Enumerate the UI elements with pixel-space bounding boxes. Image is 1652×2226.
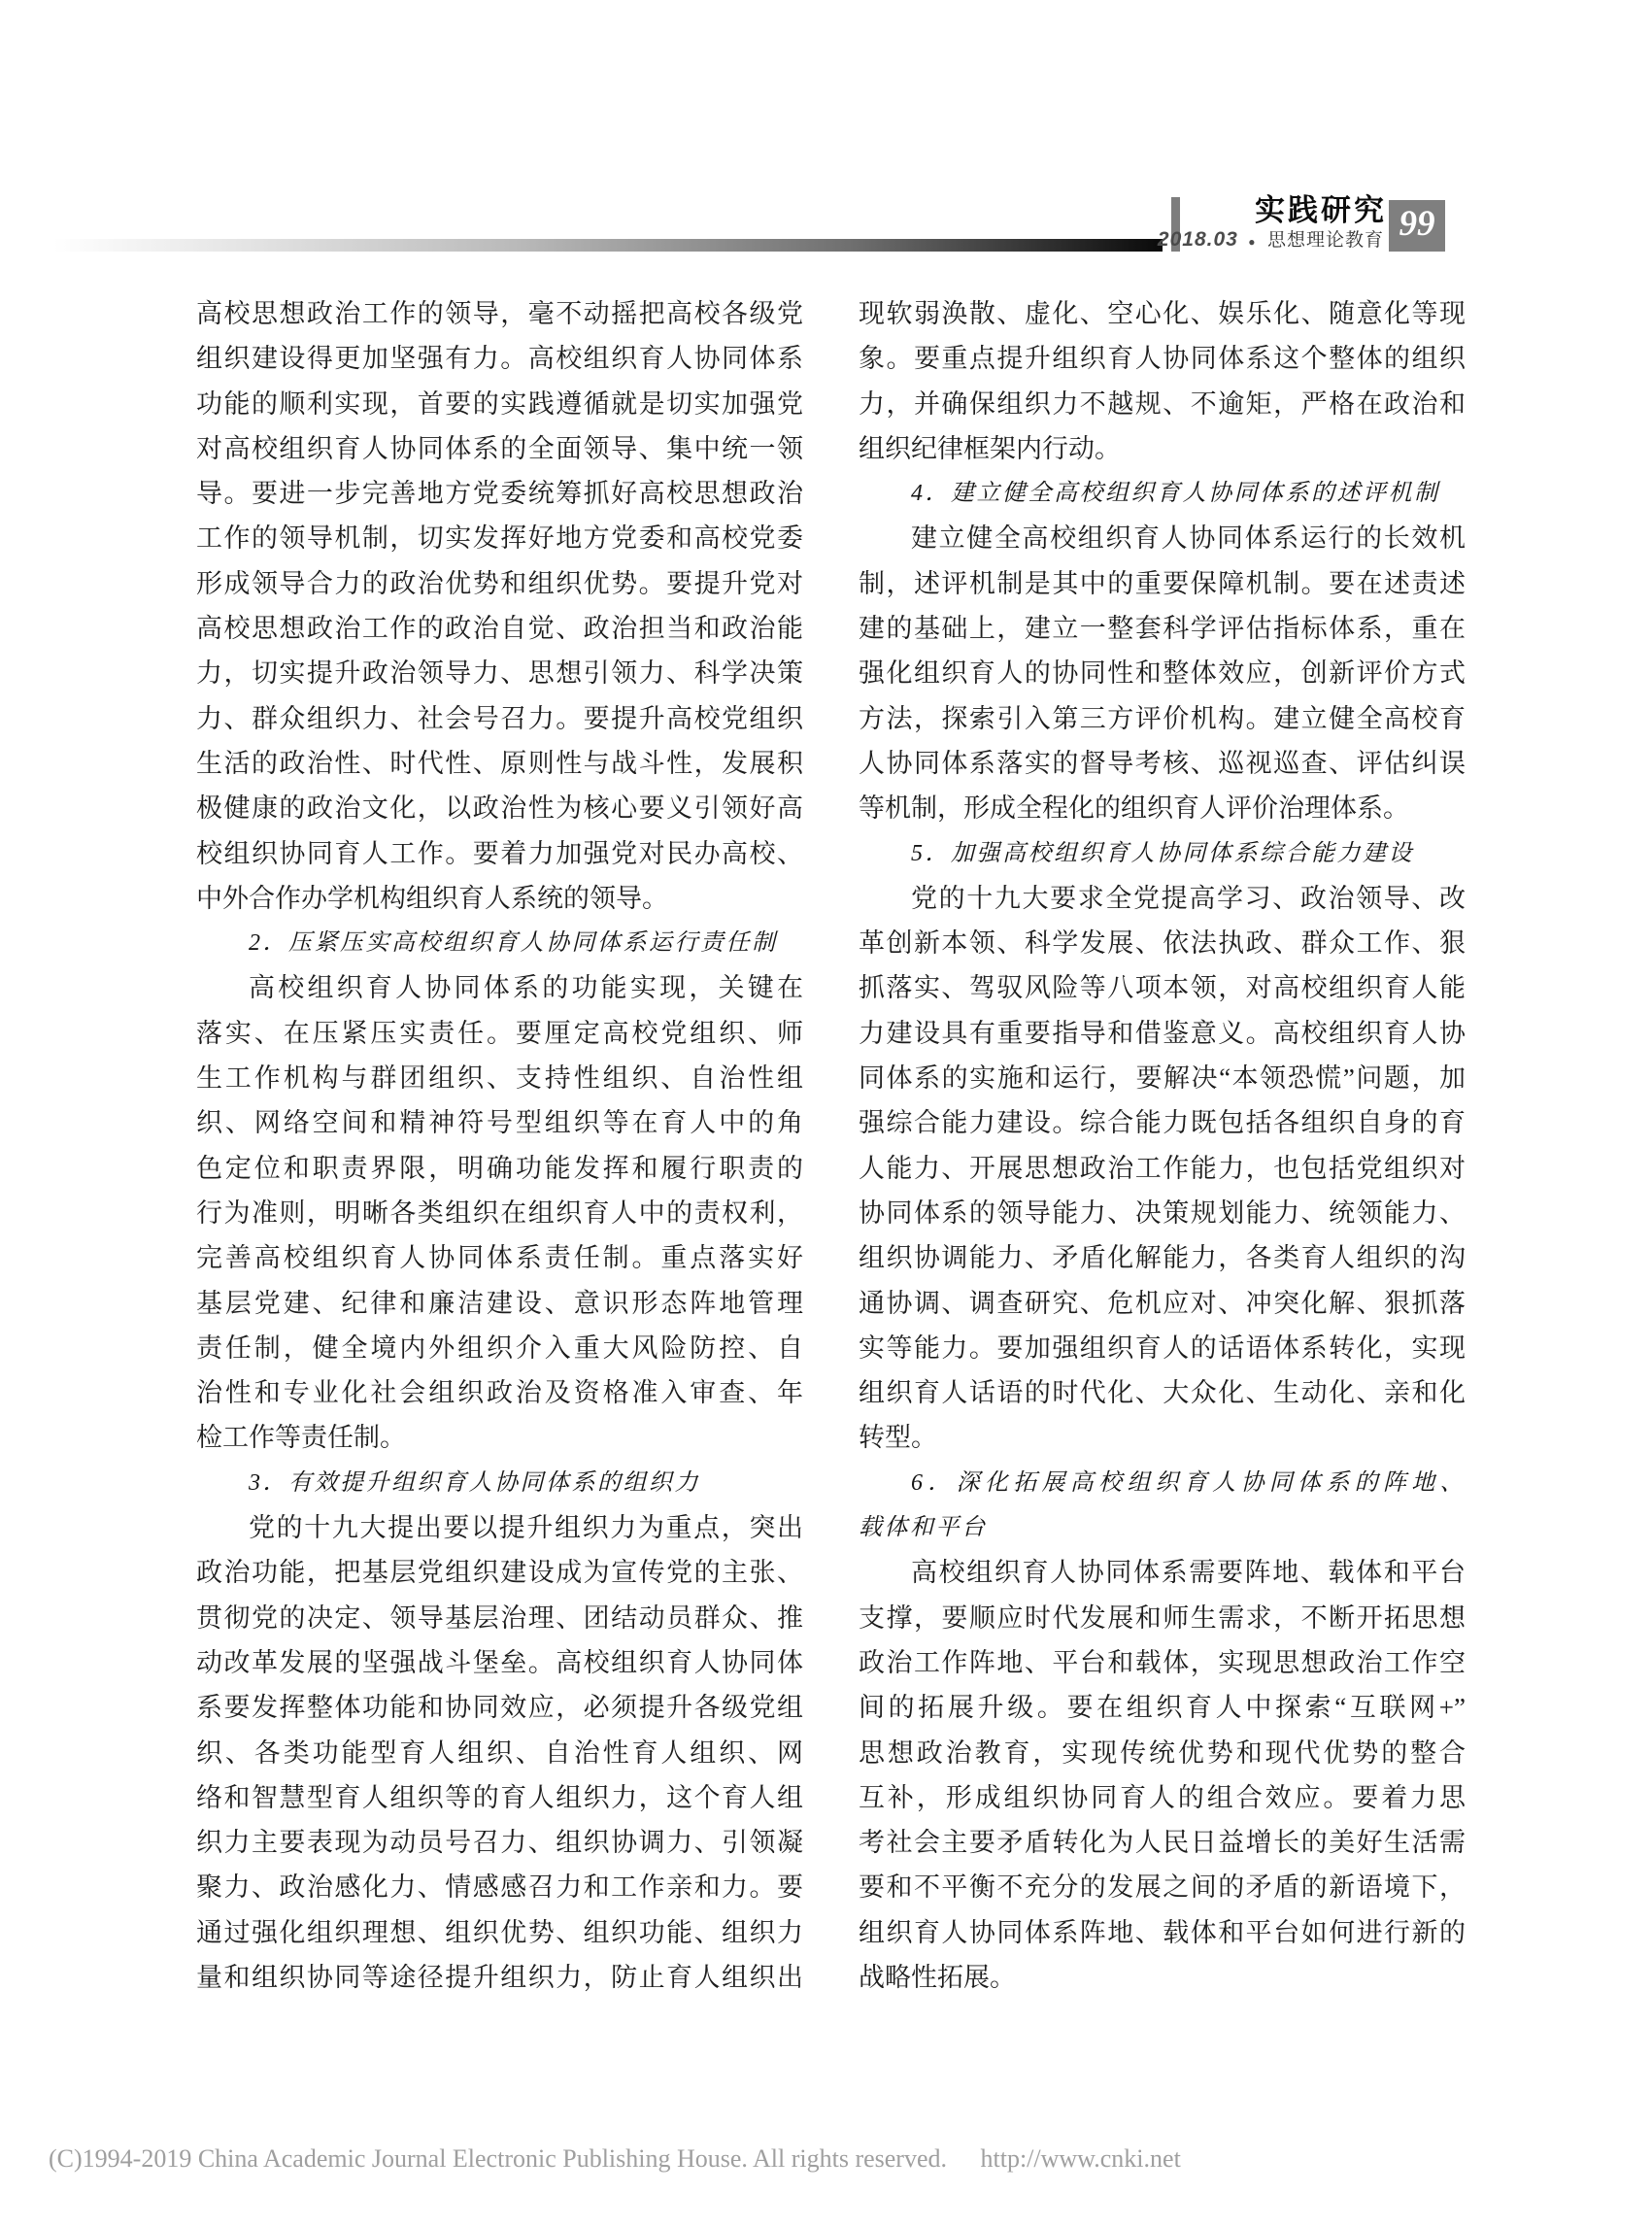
text-line: 要和不平衡不充分的发展之间的矛盾的新语境下， <box>859 1865 1466 1909</box>
text-line: 检工作等责任制。 <box>196 1415 803 1460</box>
text-line: 校组织协同育人工作。要着力加强党对民办高校、 <box>196 831 803 876</box>
text-line: 生工作机构与群团组织、支持性组织、自治性组 <box>196 1056 803 1100</box>
text-line: 互补，形成组织协同育人的组合效应。要着力思 <box>859 1775 1466 1820</box>
text-line: 3．有效提升组织育人协同体系的组织力 <box>196 1461 803 1505</box>
text-line: 力，并确保组织力不越规、不逾矩，严格在政治和 <box>859 382 1466 426</box>
text-line: 通协调、调查研究、危机应对、冲突化解、狠抓落 <box>859 1281 1466 1326</box>
text-line: 组织纪律框架内行动。 <box>859 426 1466 471</box>
cnki-url: http://www.cnki.net <box>981 2144 1181 2173</box>
text-line: 6．深化拓展高校组织育人协同体系的阵地、 <box>859 1461 1466 1505</box>
text-line: 治性和专业化社会组织政治及资格准入审查、年 <box>196 1370 803 1415</box>
paragraph: 高校组织育人协同体系的功能实现，关键在落实、在压紧压实责任。要厘定高校党组织、师… <box>196 965 803 1460</box>
text-line: 人能力、开展思想政治工作能力，也包括党组织对 <box>859 1146 1466 1191</box>
text-line: 中外合作办学机构组织育人系统的领导。 <box>196 876 803 921</box>
text-line: 功能的顺利实现，首要的实践遵循就是切实加强党 <box>196 382 803 426</box>
bullet-separator-icon: ● <box>1248 235 1255 249</box>
text-line: 强综合能力建设。综合能力既包括各组织自身的育 <box>859 1100 1466 1145</box>
text-line: 高校组织育人协同体系需要阵地、载体和平台 <box>859 1550 1466 1595</box>
text-line: 行为准则，明晰各类组织在组织育人中的责权利， <box>196 1191 803 1235</box>
text-line: 方法，探索引入第三方评价机构。建立健全高校育 <box>859 696 1466 741</box>
text-line: 制，述评机制是其中的重要保障机制。要在述责述 <box>859 561 1466 606</box>
text-line: 织、各类功能型育人组织、自治性育人组织、网 <box>196 1731 803 1775</box>
text-line: 高校组织育人协同体系的功能实现，关键在 <box>196 965 803 1010</box>
paragraph: 党的十九大提出要以提升组织力为重点，突出政治功能，把基层党组织建设成为宣传党的主… <box>196 1505 803 2000</box>
paragraph: 现软弱涣散、虚化、空心化、娱乐化、随意化等现象。要重点提升组织育人协同体系这个整… <box>859 291 1466 471</box>
text-line: 力，切实提升政治领导力、思想引领力、科学决策 <box>196 651 803 695</box>
text-line: 同体系的实施和运行，要解决“本领恐慌”问题，加 <box>859 1056 1466 1100</box>
issue-date: 2018.03 <box>1158 228 1238 251</box>
text-line: 系要发挥整体功能和协同效应，必须提升各级党组 <box>196 1685 803 1730</box>
text-line: 转型。 <box>859 1415 1466 1460</box>
text-line: 间的拓展升级。要在组织育人中探索“互联网+” <box>859 1685 1466 1730</box>
text-line: 织、网络空间和精神符号型组织等在育人中的角 <box>196 1100 803 1145</box>
text-line: 形成领导合力的政治优势和组织优势。要提升党对 <box>196 561 803 606</box>
copyright-footer: (C)1994-2019 China Academic Journal Elec… <box>49 2142 1181 2175</box>
text-line: 聚力、政治感化力、情感感召力和工作亲和力。要 <box>196 1865 803 1909</box>
text-line: 落实、在压紧压实责任。要厘定高校党组织、师 <box>196 1011 803 1056</box>
text-line: 工作的领导机制，切实发挥好地方党委和高校党委 <box>196 516 803 560</box>
header-rule-gradient <box>53 239 1163 252</box>
text-line: 实等能力。要加强组织育人的话语体系转化，实现 <box>859 1326 1466 1370</box>
paragraph: 党的十九大要求全党提高学习、政治领导、改革创新本领、科学发展、依法执政、群众工作… <box>859 876 1466 1461</box>
text-line: 极健康的政治文化，以政治性为核心要义引领好高 <box>196 786 803 830</box>
text-line: 组织建设得更加坚强有力。高校组织育人协同体系 <box>196 336 803 381</box>
text-line: 对高校组织育人协同体系的全面领导、集中统一领 <box>196 426 803 471</box>
text-line: 强化组织育人的协同性和整体效应，创新评价方式 <box>859 651 1466 695</box>
text-line: 人协同体系落实的督导考核、巡视巡查、评估纠误 <box>859 741 1466 786</box>
text-line: 政治工作阵地、平台和载体，实现思想政治工作空 <box>859 1640 1466 1685</box>
section-heading: 4．建立健全高校组织育人协同体系的述评机制 <box>859 471 1466 516</box>
text-line: 象。要重点提升组织育人协同体系这个整体的组织 <box>859 336 1466 381</box>
text-line: 高校思想政治工作的政治自觉、政治担当和政治能 <box>196 606 803 651</box>
text-line: 等机制，形成全程化的组织育人评价治理体系。 <box>859 786 1466 830</box>
text-line: 战略性拓展。 <box>859 1955 1466 2000</box>
text-line: 党的十九大提出要以提升组织力为重点，突出 <box>196 1505 803 1550</box>
text-line: 量和组织协同等途径提升组织力，防止育人组织出 <box>196 1955 803 2000</box>
page-number-badge: 99 <box>1389 200 1445 252</box>
text-line: 抓落实、驾驭风险等八项本领，对高校组织育人能 <box>859 965 1466 1010</box>
text-line: 建立健全高校组织育人协同体系运行的长效机 <box>859 516 1466 560</box>
text-line: 高校思想政治工作的领导，毫不动摇把高校各级党 <box>196 291 803 336</box>
paragraph: 建立健全高校组织育人协同体系运行的长效机制，述评机制是其中的重要保障机制。要在述… <box>859 516 1466 830</box>
text-line: 织力主要表现为动员号召力、组织协调力、引领凝 <box>196 1820 803 1865</box>
text-line: 政治功能，把基层党组织建设成为宣传党的主张、 <box>196 1550 803 1595</box>
section-heading: 2．压紧压实高校组织育人协同体系运行责任制 <box>196 921 803 965</box>
text-line: 革创新本领、科学发展、依法执政、群众工作、狠 <box>859 921 1466 965</box>
text-line: 基层党建、纪律和廉洁建设、意识形态阵地管理 <box>196 1281 803 1326</box>
text-line: 支撑，要顺应时代发展和师生需求，不断开拓思想 <box>859 1596 1466 1640</box>
text-line: 组织育人协同体系阵地、载体和平台如何进行新的 <box>859 1910 1466 1955</box>
text-line: 建的基础上，建立一整套科学评估指标体系，重在 <box>859 606 1466 651</box>
text-line: 现软弱涣散、虚化、空心化、娱乐化、随意化等现 <box>859 291 1466 336</box>
text-line: 色定位和职责界限，明确功能发挥和履行职责的 <box>196 1146 803 1191</box>
text-line: 动改革发展的坚强战斗堡垒。高校组织育人协同体 <box>196 1640 803 1685</box>
text-line: 完善高校组织育人协同体系责任制。重点落实好 <box>196 1235 803 1280</box>
text-line: 组织协调能力、矛盾化解能力，各类育人组织的沟 <box>859 1235 1466 1280</box>
text-line: 通过强化组织理想、组织优势、组织功能、组织力 <box>196 1910 803 1955</box>
text-line: 考社会主要矛盾转化为人民日益增长的美好生活需 <box>859 1820 1466 1865</box>
paragraph: 高校思想政治工作的领导，毫不动摇把高校各级党组织建设得更加坚强有力。高校组织育人… <box>196 291 803 921</box>
paragraph: 高校组织育人协同体系需要阵地、载体和平台支撑，要顺应时代发展和师生需求，不断开拓… <box>859 1550 1466 2000</box>
text-line: 5．加强高校组织育人协同体系综合能力建设 <box>859 831 1466 876</box>
section-heading: 6．深化拓展高校组织育人协同体系的阵地、载体和平台 <box>859 1461 1466 1551</box>
text-line: 导。要进一步完善地方党委统筹抓好高校思想政治 <box>196 471 803 516</box>
text-line: 络和智慧型育人组织等的育人组织力，这个育人组 <box>196 1775 803 1820</box>
text-line: 党的十九大要求全党提高学习、政治领导、改 <box>859 876 1466 921</box>
text-line: 组织育人话语的时代化、大众化、生动化、亲和化 <box>859 1370 1466 1415</box>
text-line: 协同体系的领导能力、决策规划能力、统领能力、 <box>859 1191 1466 1235</box>
text-line: 2．压紧压实高校组织育人协同体系运行责任制 <box>196 921 803 965</box>
text-line: 思想政治教育，实现传统优势和现代优势的整合 <box>859 1731 1466 1775</box>
copyright-text: (C)1994-2019 China Academic Journal Elec… <box>49 2144 947 2173</box>
section-heading: 3．有效提升组织育人协同体系的组织力 <box>196 1461 803 1505</box>
header-meta: 2018.03 ● 思想理论教育 <box>1158 227 1384 253</box>
text-line: 责任制，健全境内外组织介入重大风险防控、自 <box>196 1326 803 1370</box>
text-line: 力、群众组织力、社会号召力。要提升高校党组织 <box>196 696 803 741</box>
text-line: 载体和平台 <box>859 1505 1466 1550</box>
journal-page: 实践研究 99 2018.03 ● 思想理论教育 高校思想政治工作的领导，毫不动… <box>0 0 1652 2226</box>
section-title: 实践研究 <box>1255 192 1387 229</box>
section-heading: 5．加强高校组织育人协同体系综合能力建设 <box>859 831 1466 876</box>
text-column-right: 现软弱涣散、虚化、空心化、娱乐化、随意化等现象。要重点提升组织育人协同体系这个整… <box>859 291 1466 2000</box>
text-line: 贯彻党的决定、领导基层治理、团结动员群众、推 <box>196 1596 803 1640</box>
text-column-left: 高校思想政治工作的领导，毫不动摇把高校各级党组织建设得更加坚强有力。高校组织育人… <box>196 291 803 2000</box>
text-line: 力建设具有重要指导和借鉴意义。高校组织育人协 <box>859 1011 1466 1056</box>
text-line: 生活的政治性、时代性、原则性与战斗性，发展积 <box>196 741 803 786</box>
text-line: 4．建立健全高校组织育人协同体系的述评机制 <box>859 471 1466 516</box>
journal-name: 思想理论教育 <box>1267 230 1384 251</box>
